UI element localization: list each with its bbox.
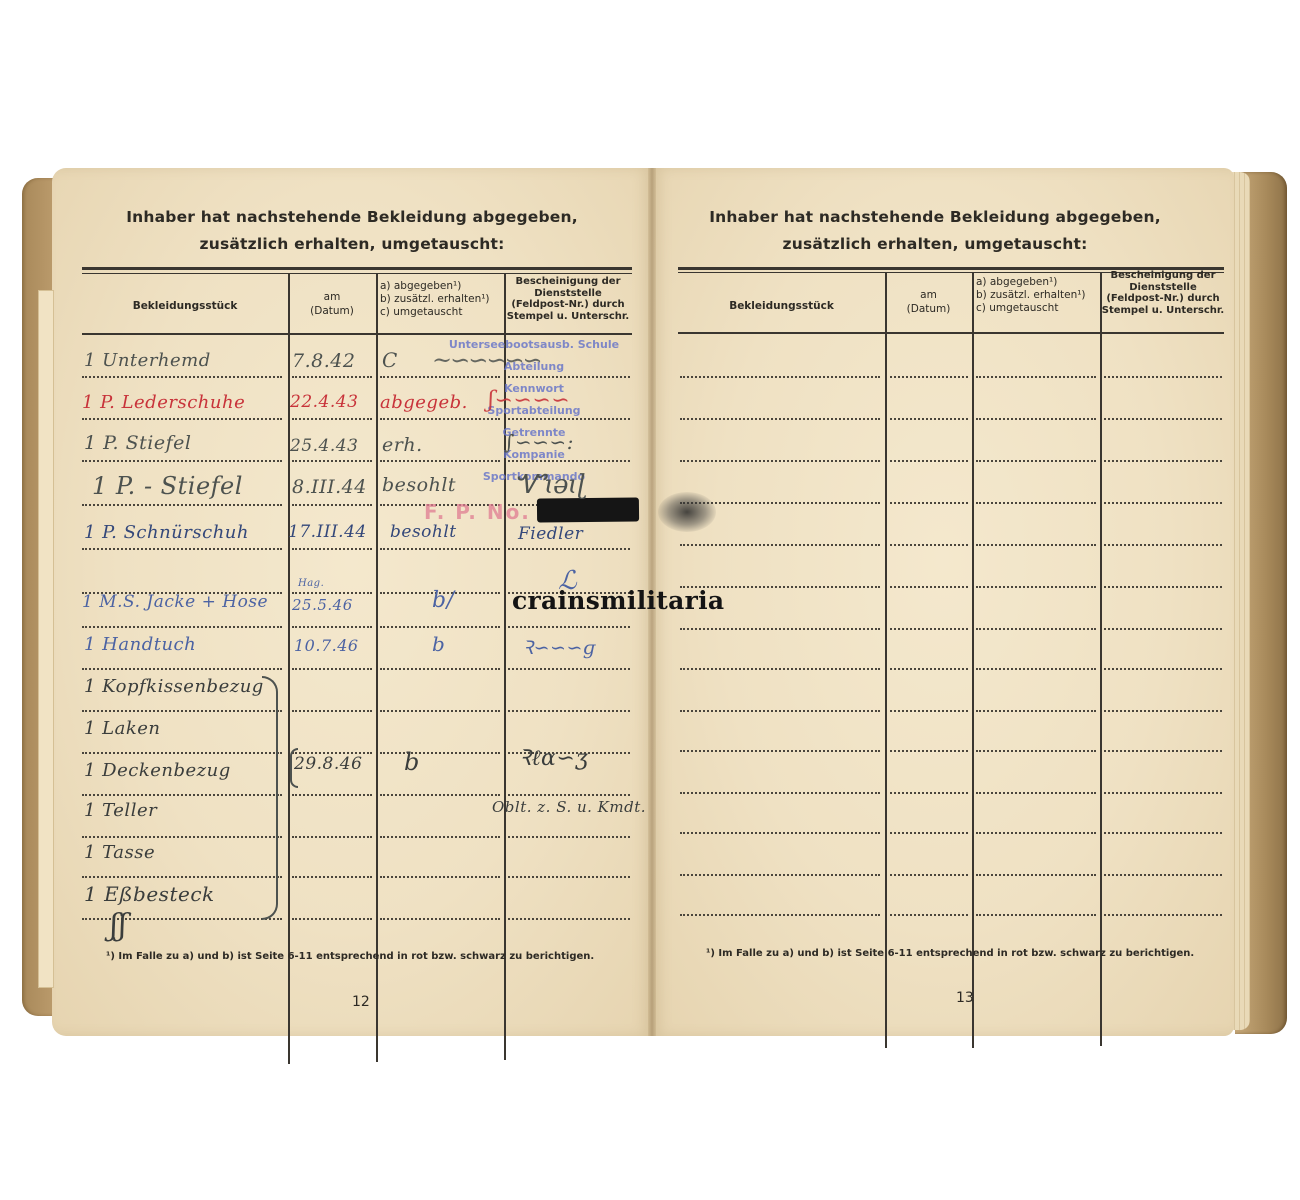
dotted-row-line [680,628,880,630]
entry-date: 22.4.43 [290,392,358,412]
dotted-row-line [680,914,880,916]
dotted-row-line [508,794,630,796]
entry-item: 1 Unterhemd [84,350,211,371]
page-number: 13 [956,990,974,1006]
entry-date: 25.5.46 [292,596,353,614]
feldpost-stamp-red: F. P. No. [424,500,531,524]
entry-item: 1 P. Lederschuhe [82,392,245,413]
page-13: Inhaber hat nachstehende Bekleidung abge… [652,168,1234,1036]
entry-item: 1 P. - Stiefel [92,472,243,500]
dotted-row-line [292,592,372,594]
entry-item: 1 P. Stiefel [84,432,191,454]
dotted-row-line [1104,502,1222,504]
dotted-row-line [380,876,500,878]
column-header-date: am (Datum) [288,291,376,317]
header-rule-top [82,267,632,270]
entry-flourish: ʃʃ [110,908,127,943]
entry-date: 10.7.46 [294,636,359,655]
entry-status: C [382,348,398,372]
entry-status: erh. [382,434,423,456]
column-header-certification: Bescheinigung der Dienststelle (Feldpost… [1100,270,1226,316]
entry-date: 7.8.42 [292,350,355,372]
page-number: 12 [352,994,370,1010]
dotted-row-line [680,710,880,712]
entry-status: b [404,748,420,776]
dotted-row-line [292,794,372,796]
entry-signature: ∫∽∽∽: [504,430,574,454]
dotted-row-line [976,668,1096,670]
dotted-row-line [82,376,282,378]
dotted-row-line [380,710,500,712]
dotted-row-line [976,914,1096,916]
entry-signature: Ꮙɩǝɩɭ [514,470,585,501]
loose-insert-strip [38,290,54,988]
dotted-row-line [976,832,1096,834]
page-title: Inhaber hat nachstehende Bekleidung abge… [644,204,1226,258]
dotted-row-line [976,586,1096,588]
dotted-row-line [680,668,880,670]
dotted-row-line [380,668,500,670]
dotted-row-line [680,874,880,876]
dotted-row-line [1104,418,1222,420]
dotted-row-line [508,876,630,878]
dotted-row-line [1104,544,1222,546]
dotted-row-line [82,460,282,462]
dotted-row-line [292,668,372,670]
dotted-row-line [508,548,630,550]
dotted-row-line [508,836,630,838]
entry-item: 1 Teller [84,800,157,821]
dotted-row-line [680,832,880,834]
entry-status: b [432,632,445,656]
dotted-row-line [292,836,372,838]
dotted-row-line [890,914,968,916]
dotted-row-line [680,418,880,420]
dotted-row-line [1104,750,1222,752]
entry-status: abgegeb. [380,392,468,413]
column-header-status: a) abgegeben¹) b) zusätzl. erhalten¹) c)… [976,276,1100,314]
dotted-row-line [1104,914,1222,916]
dotted-row-line [292,918,372,920]
column-header-status: a) abgegeben¹) b) zusätzl. erhalten¹) c)… [380,280,504,318]
dotted-row-line [292,710,372,712]
entry-item: 1 P. Schnürschuh [84,522,249,543]
dotted-row-line [976,628,1096,630]
dotted-row-line [508,918,630,920]
dotted-row-line [890,792,968,794]
dotted-row-line [380,794,500,796]
dotted-row-line [976,376,1096,378]
dotted-row-line [292,876,372,878]
dotted-row-line [508,710,630,712]
dotted-row-line [976,750,1096,752]
column-divider [376,274,378,1062]
group-brace [262,676,278,920]
header-rule-top-thin [82,273,632,274]
dotted-row-line [292,626,372,628]
dotted-row-line [1104,874,1222,876]
dotted-row-line [890,628,968,630]
entry-signature-title: Oblt. z. S. u. Kmdt. [492,798,646,816]
dotted-row-line [1104,710,1222,712]
dotted-row-line [292,548,372,550]
entry-signature: ~∽∽∽∽∽ [432,346,541,374]
column-divider [885,272,887,1048]
dotted-row-line [890,502,968,504]
dotted-row-line [1104,460,1222,462]
footnote: ¹) Im Falle zu a) und b) ist Seite 6-11 … [106,951,594,962]
dotted-row-line [292,376,372,378]
dotted-row-line [976,544,1096,546]
dotted-row-line [890,418,968,420]
page-title: Inhaber hat nachstehende Bekleidung abge… [52,204,652,258]
dotted-row-line [680,544,880,546]
entry-item: 1 M.S. Jacke + Hose [82,592,268,612]
dotted-row-line [82,504,282,506]
entry-status: besohlt [390,522,457,542]
column-header-date: am (Datum) [885,289,972,315]
dotted-row-line [1104,628,1222,630]
ink-smudge [658,492,716,532]
dotted-row-line [380,626,500,628]
dotted-row-line [976,710,1096,712]
column-header-item: Bekleidungsstück [678,300,885,312]
dotted-row-line [680,792,880,794]
dotted-row-line [976,874,1096,876]
entry-item: 1 Tasse [84,842,155,863]
column-header-certification: Bescheinigung der Dienststelle (Feldpost… [504,276,632,322]
dotted-row-line [82,752,282,754]
entry-item: 1 Deckenbezug [84,760,231,781]
dotted-row-line [292,504,372,506]
entry-date: 17.III.44 [288,522,367,542]
dotted-row-line [976,502,1096,504]
dotted-row-line [680,750,880,752]
watermark: crainsmilitaria [512,586,724,615]
entry-item: 1 Handtuch [84,634,196,655]
dotted-row-line [890,376,968,378]
entry-signature: ʃ∽∽∽∽ [488,388,570,413]
dotted-row-line [890,586,968,588]
dotted-row-line [508,626,630,628]
entry-item: 1 Eßbesteck [84,882,215,906]
entry-date: 29.8.46 [294,754,362,774]
entry-status: b/ [432,588,455,613]
footnote: ¹) Im Falle zu a) und b) ist Seite 6-11 … [706,948,1194,959]
dotted-row-line [82,626,282,628]
entry-item: 1 Kopfkissenbezug [84,676,264,697]
dotted-row-line [1104,586,1222,588]
column-header-item: Bekleidungsstück [82,300,288,312]
dotted-row-line [890,668,968,670]
dotted-row-line [976,418,1096,420]
dotted-row-line [1104,832,1222,834]
redacted-feldpost-number [537,497,639,522]
dotted-row-line [82,836,282,838]
dotted-row-line [82,794,282,796]
dotted-row-line [680,376,880,378]
dotted-row-line [82,548,282,550]
dotted-row-line [1104,376,1222,378]
dotted-row-line [890,710,968,712]
dotted-row-line [380,752,500,754]
entry-item: 1 Laken [84,718,161,739]
entry-date: 25.4.43 [290,436,358,456]
dotted-row-line [890,460,968,462]
entry-signature: Ꝛ∽∽∽ɡ [522,634,596,660]
dotted-row-line [380,548,500,550]
booklet: Inhaber hat nachstehende Bekleidung abge… [0,0,1300,1200]
dotted-row-line [890,750,968,752]
dotted-row-line [976,792,1096,794]
entry-date-note: Hag. [298,578,324,589]
dotted-row-line [292,460,372,462]
dotted-row-line [890,544,968,546]
column-divider [1100,272,1102,1046]
dotted-row-line [1104,792,1222,794]
dotted-row-line [82,710,282,712]
dotted-row-line [680,460,880,462]
entry-status: besohlt [382,474,456,496]
dotted-row-line [508,668,630,670]
dotted-row-line [380,918,500,920]
dotted-row-line [292,418,372,420]
column-divider [972,272,974,1048]
dotted-row-line [82,876,282,878]
dotted-row-line [82,668,282,670]
header-rule-bottom [678,332,1224,334]
dotted-row-line [82,418,282,420]
dotted-row-line [890,874,968,876]
entry-signature: Fiedler [518,524,583,544]
dotted-row-line [976,460,1096,462]
dotted-row-line [890,832,968,834]
entry-date: 8.III.44 [292,476,367,498]
dotted-row-line [1104,668,1222,670]
entry-signature: Ꝛℓɑ∽ʒ [518,742,588,772]
dotted-row-line [380,836,500,838]
